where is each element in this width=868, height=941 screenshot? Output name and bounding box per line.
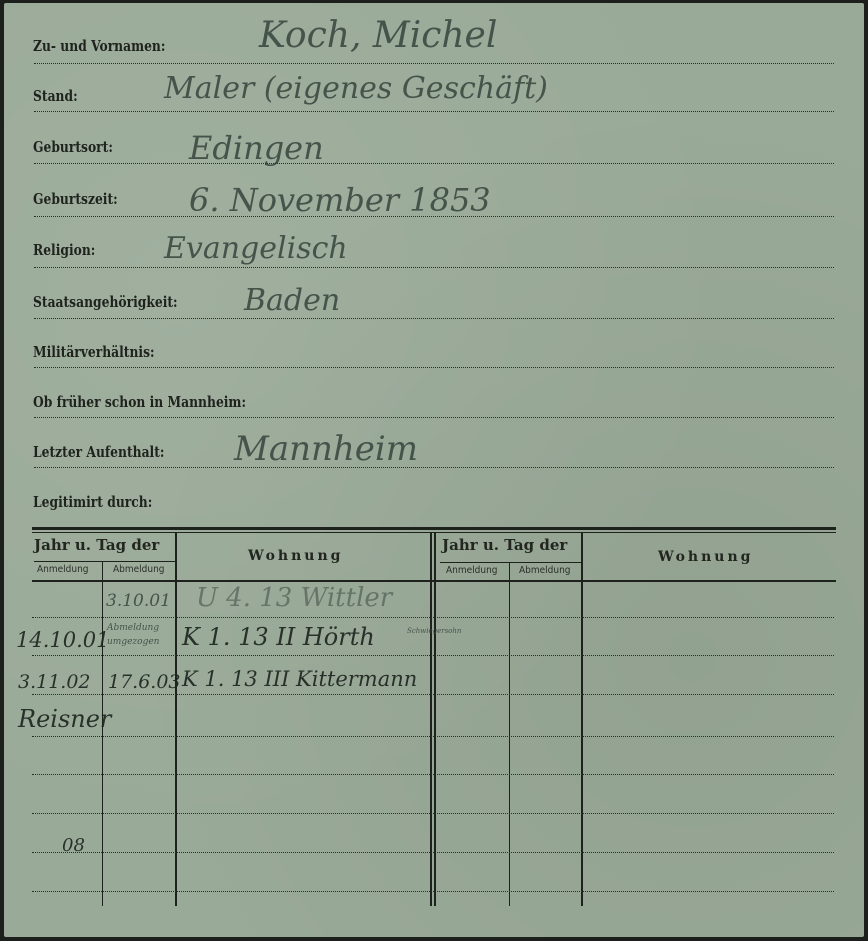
- row2-abmeldung: Abmeldung umgezogen: [107, 621, 175, 649]
- field-line: [34, 417, 834, 418]
- col-divider: [509, 562, 510, 906]
- subheader-rule-left: [34, 561, 177, 562]
- table-row-line: [32, 736, 834, 737]
- value-staatsangehoerigkeit: Baden: [244, 283, 340, 318]
- label-frueher-mannheim: Ob früher schon in Mannheim:: [33, 393, 246, 411]
- field-line: [34, 267, 834, 268]
- label-legitimirt: Legitimirt durch:: [33, 493, 152, 511]
- label-staatsangehoerigkeit: Staatsangehörigkeit:: [33, 293, 178, 311]
- col-divider: [102, 561, 103, 906]
- label-religion: Religion:: [33, 241, 95, 259]
- table-top-rule: [32, 527, 836, 530]
- row3-anmeldung: 3.11.02: [18, 671, 91, 693]
- value-name: Koch, Michel: [259, 15, 497, 56]
- row1-abmeldung: 3.10.01: [106, 591, 171, 611]
- value-stand: Maler (eigenes Geschäft): [164, 71, 548, 106]
- field-line: [34, 163, 834, 164]
- label-letzter-aufenthalt: Letzter Aufenthalt:: [33, 443, 164, 461]
- row1-wohnung: U 4. 13 Wittler: [196, 583, 392, 613]
- label-name: Zu- und Vornamen:: [33, 37, 165, 55]
- table-row-line: [32, 813, 834, 814]
- col-divider: [175, 533, 177, 906]
- label-geburtsort: Geburtsort:: [33, 138, 113, 156]
- label-militaer: Militärverhältnis:: [33, 343, 155, 361]
- field-line: [34, 63, 834, 64]
- col-divider: [434, 533, 436, 906]
- field-line: [34, 367, 834, 368]
- value-letzter-aufenthalt: Mannheim: [234, 429, 418, 469]
- row4-anmeldung: Reisner: [18, 705, 111, 733]
- field-line: [34, 216, 834, 217]
- value-religion: Evangelisch: [164, 231, 348, 266]
- label-stand: Stand:: [33, 87, 78, 105]
- table-row-line: [32, 694, 834, 695]
- registration-card: Zu- und Vornamen: Stand: Geburtsort: Geb…: [4, 3, 864, 937]
- table-row-line: [32, 774, 834, 775]
- header-wohnung-left: Wohnung: [248, 548, 343, 564]
- field-line: [34, 467, 834, 468]
- header-abmeldung-right: Abmeldung: [519, 565, 571, 576]
- table-row-line: [32, 891, 834, 892]
- header-jahr-tag-left: Jahr u. Tag der: [34, 536, 159, 554]
- value-geburtszeit: 6. November 1853: [189, 181, 491, 219]
- row2-anmeldung: 14.10.01: [16, 628, 110, 652]
- col-divider: [581, 533, 583, 906]
- field-line: [34, 318, 834, 319]
- table-row-line: [32, 655, 834, 656]
- label-geburtszeit: Geburtszeit:: [33, 190, 118, 208]
- table-row-line: [32, 852, 834, 853]
- row7-anmeldung: 08: [62, 835, 85, 856]
- field-line: [34, 111, 834, 112]
- value-geburtsort: Edingen: [189, 129, 324, 167]
- col-divider: [430, 533, 432, 906]
- header-jahr-tag-right: Jahr u. Tag der: [442, 536, 567, 554]
- table-row-line: [32, 617, 834, 618]
- row3-abmeldung: 17.6.03: [108, 671, 181, 693]
- row2-wohnung: K 1. 13 II Hörth: [182, 623, 375, 651]
- header-anmeldung-left: Anmeldung: [37, 564, 89, 575]
- header-wohnung-right: Wohnung: [658, 549, 753, 565]
- subheader-rule-right: [440, 562, 581, 563]
- header-abmeldung-left: Abmeldung: [113, 564, 165, 575]
- header-anmeldung-right: Anmeldung: [446, 565, 498, 576]
- row2-note: Schwiegersohn: [407, 627, 437, 635]
- row3-wohnung: K 1. 13 III Kittermann: [182, 667, 417, 691]
